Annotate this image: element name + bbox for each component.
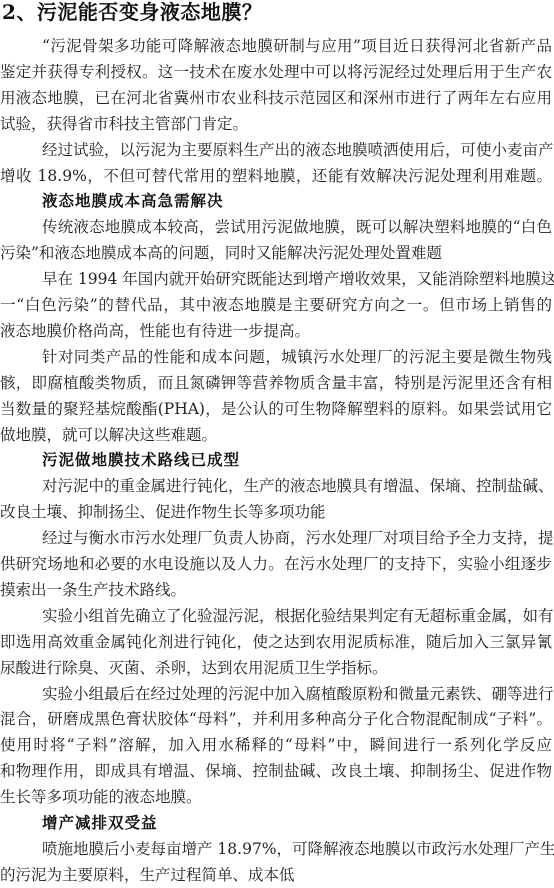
paragraph-line: 经过试验，以污泥为主要原料生产出的液态地膜喷洒使用后，可使小麦亩产 <box>42 137 552 163</box>
paragraph-line: 实验小组首先确立了化验湿污泥，根据化验结果判定有无超标重金属，如有 <box>42 603 552 629</box>
article-title: 2、污泥能否变身液态地膜？ <box>2 0 262 24</box>
paragraph-line: 喷施地膜后小麦每亩增产 18.97%，可降解液态地膜以市政污水处理厂产生 <box>42 836 552 862</box>
paragraph-line: 的污泥为主要原料，生产过程简单、成本低 <box>0 862 552 888</box>
paragraph-line: 供研究场地和必要的水电设施以及人力。在污水处理厂的支持下，实验小组逐步 <box>0 551 552 577</box>
paragraph-line: 当数量的聚羟基烷酸酯(PHA)，是公认的可生物降解塑料的原料。如果尝试用它 <box>0 396 552 422</box>
paragraph-line: 鉴定并获得专利授权。这一技术在废水处理中可以将污泥经过处理后用于生产农 <box>0 59 552 85</box>
paragraph-line: 试验，获得省市科技主管部门肯定。 <box>0 111 552 137</box>
paragraph-line: 液态地膜价格尚高，性能也有待进一步提高。 <box>0 318 552 344</box>
paragraph-line: 和物理作用，即成具有增温、保墒、控制盐碱、改良土壤、抑制扬尘、促进作物 <box>0 758 552 784</box>
paragraph-line: 使用时将“子料”溶解，加入用水稀释的“母料”中，瞬间进行一系列化学反应 <box>0 732 552 758</box>
paragraph-line: 实验小组最后在经过处理的污泥中加入腐植酸原粉和微量元素铁、硼等进行 <box>42 681 552 707</box>
section-heading: 液态地膜成本高急需解决 <box>42 188 552 214</box>
paragraph-line: 增收 18.9%，不但可替代常用的塑料地膜，还能有效解决污泥处理利用难题。 <box>0 163 552 189</box>
paragraph-line: 污染”和液态地膜成本高的问题，同时又能解决污泥处理处置难题 <box>0 240 552 266</box>
paragraph-line: 经过与衡水市污水处理厂负责人协商，污水处理厂对项目给予全力支持，提 <box>42 525 552 551</box>
paragraph-line: 对污泥中的重金属进行钝化，生产的液态地膜具有增温、保墒、控制盐碱、 <box>42 473 552 499</box>
section-heading: 增产减排双受益 <box>42 810 552 836</box>
section-heading: 污泥做地膜技术路线已成型 <box>42 447 552 473</box>
paragraph-line: 早在 1994 年国内就开始研究既能达到增产增收效果，又能消除塑料地膜这 <box>42 266 552 292</box>
paragraph-line: 即选用高效重金属钝化剂进行钝化，使之达到农用泥质标准，随后加入三氯异氰 <box>0 629 552 655</box>
paragraph-line: 生长等多项功能的液态地膜。 <box>0 784 552 810</box>
paragraph-line: 尿酸进行除臭、灭菌、杀卵，达到农用泥质卫生学指标。 <box>0 655 552 681</box>
paragraph-line: 混合，研磨成黑色膏状胶体“母料”，并利用多种高分子化合物混配制成“子料”。 <box>0 706 552 732</box>
paragraph-line: 用液态地膜，已在河北省冀州市农业科技示范园区和深州市进行了两年左右应用 <box>0 85 552 111</box>
paragraph-line: 一“白色污染”的替代品，其中液态地膜是主要研究方向之一。但市场上销售的 <box>0 292 552 318</box>
paragraph-line: 改良土壤、抑制扬尘、促进作物生长等多项功能 <box>0 499 552 525</box>
paragraph-line: 传统液态地膜成本较高，尝试用污泥做地膜，既可以解决塑料地膜的“白色 <box>42 214 552 240</box>
paragraph-line: “污泥骨架多功能可降解液态地膜研制与应用”项目近日获得河北省新产品 <box>42 33 552 59</box>
paragraph-line: 摸索出一条生产技术路线。 <box>0 577 552 603</box>
paragraph-line: 针对同类产品的性能和成本问题，城镇污水处理厂的污泥主要是微生物残 <box>42 344 552 370</box>
paragraph-line: 骸，即腐植酸类物质，而且氮磷钾等营养物质含量丰富，特别是污泥里还含有相 <box>0 370 552 396</box>
paragraph-line: 做地膜，就可以解决这些难题。 <box>0 422 552 448</box>
